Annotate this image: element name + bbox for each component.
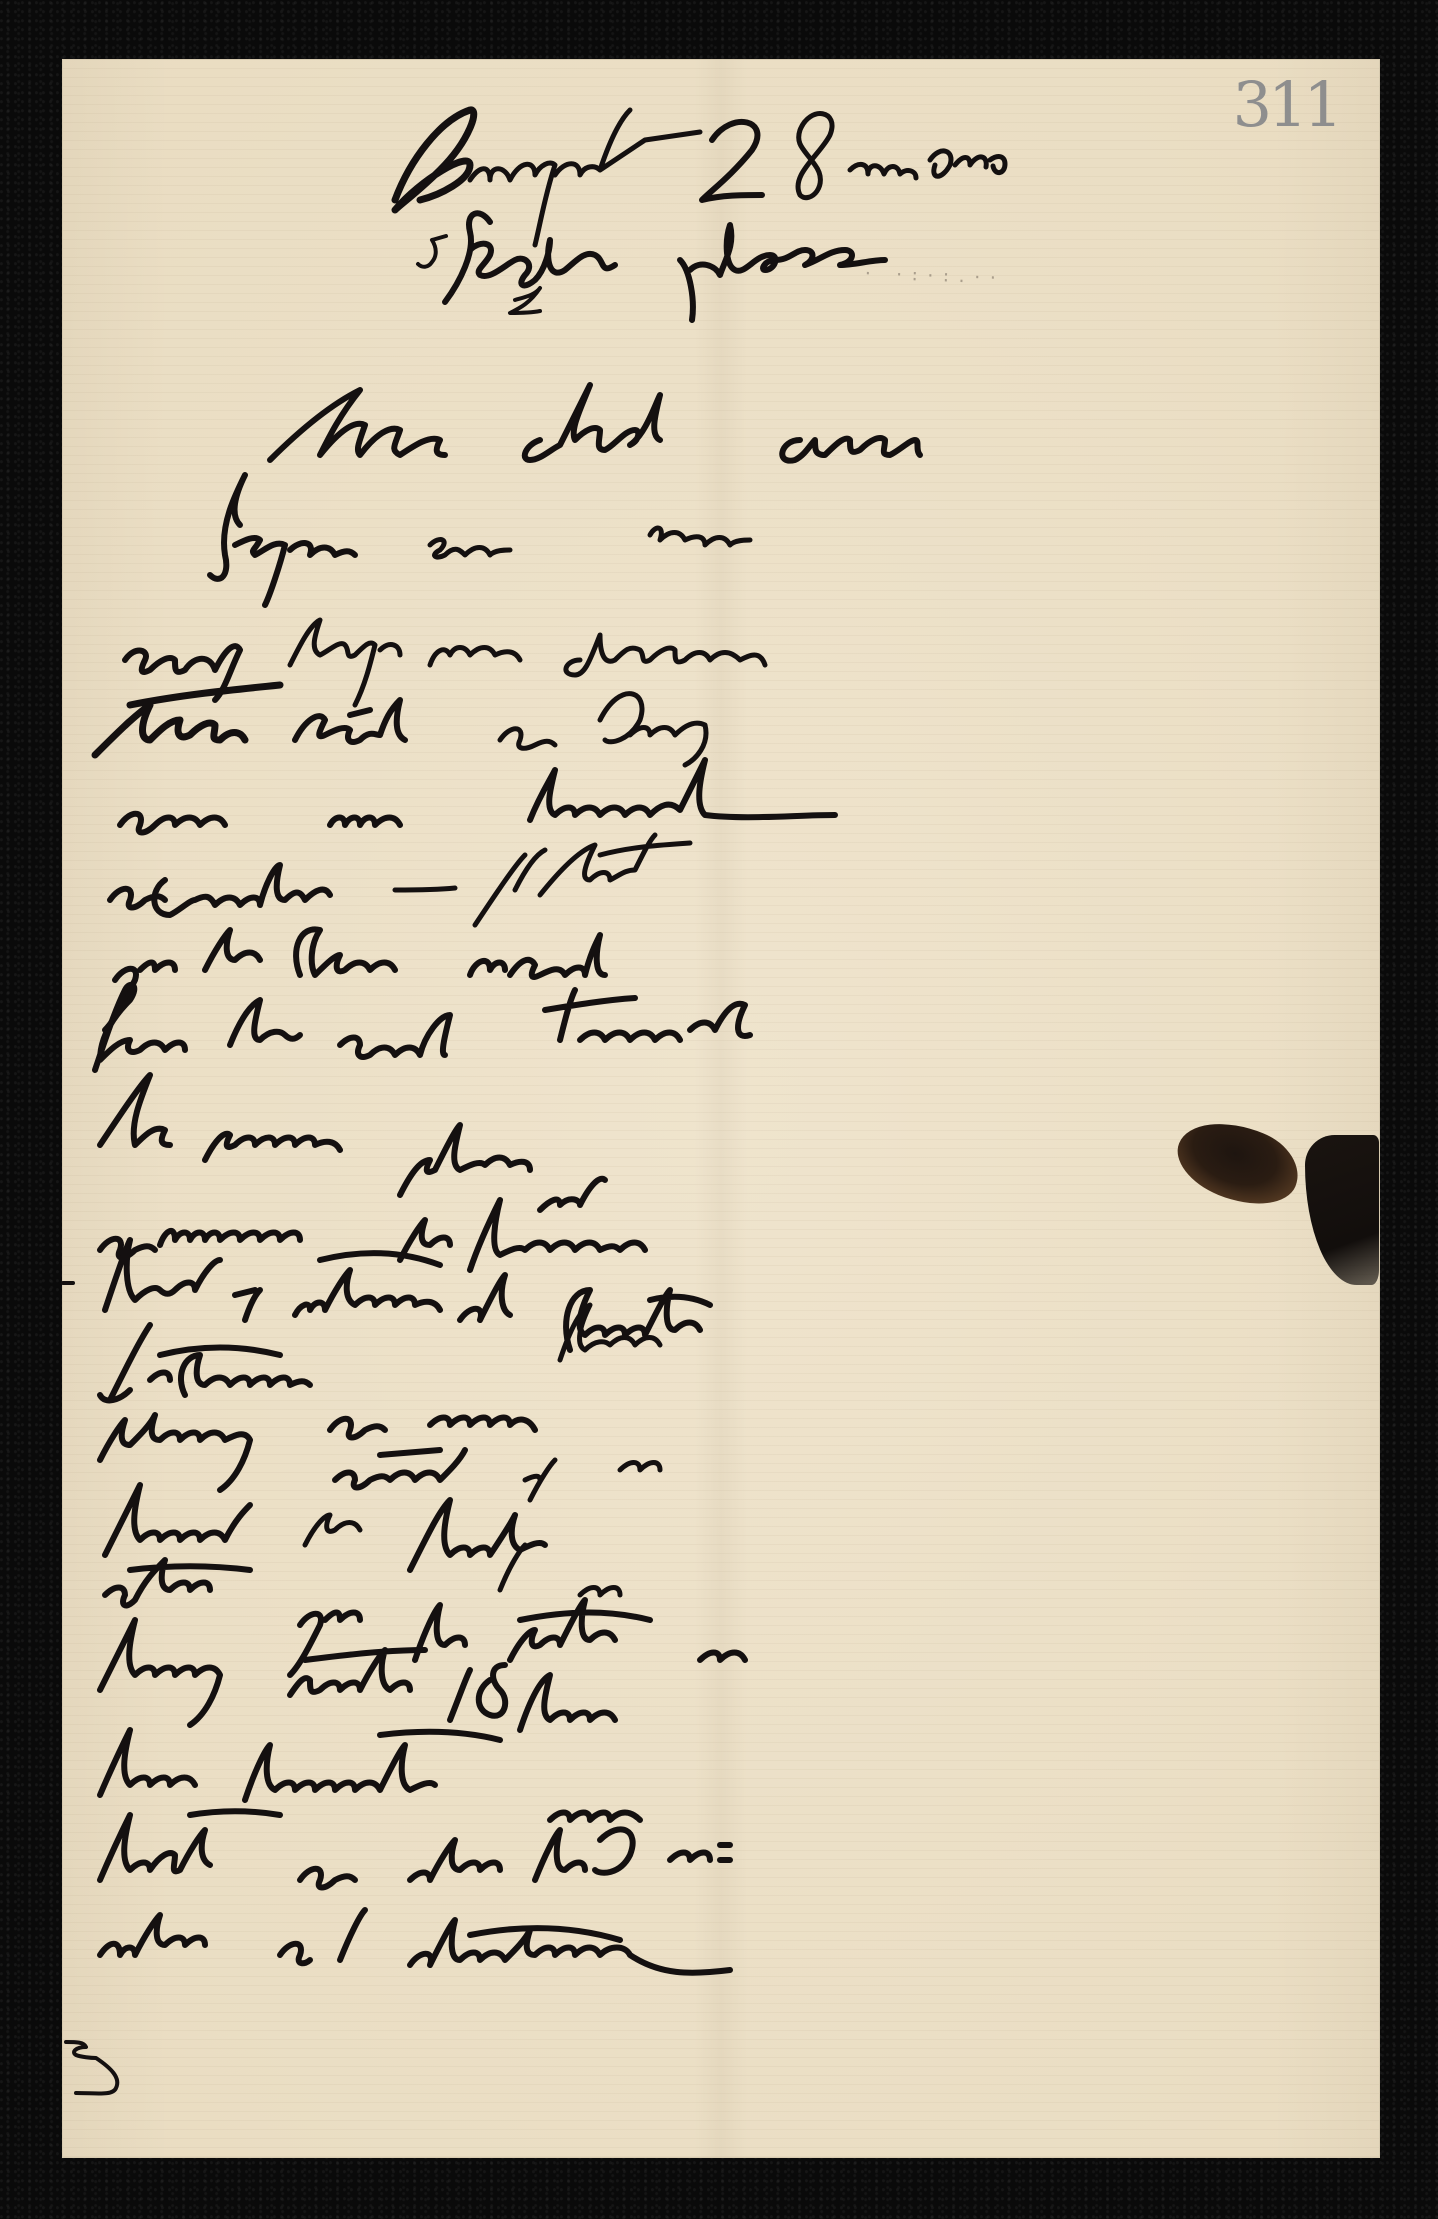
folio-number: 311 (1233, 68, 1339, 141)
body-line: projet de relier la Da= (100, 1820, 742, 1885)
body-line: J'espère que vous (200, 500, 699, 565)
salutation: Mon cher ami (270, 390, 664, 455)
body-line: (...) t isthme de Corinthe (90, 1280, 790, 1345)
body-line: avez reçu ma dernière (120, 610, 758, 675)
body-line: (...) que je (...) un (100, 1580, 593, 1645)
body-line: île mais avant je me (90, 1430, 657, 1495)
faint-stamp: · ·:·:.·· (863, 264, 1004, 288)
body-line: de (...) la barrière (100, 1210, 605, 1275)
body-line: (...) partir J'ai (100, 1510, 485, 1575)
header-address: 5 Gizela place (420, 240, 819, 305)
body-line: que la Grèce a(...) (110, 940, 619, 1005)
body-line: nube à l'Adriatique (100, 1900, 643, 1965)
body-line: Je (...) de remise app (100, 1350, 691, 1415)
body-line: fasse des grands travaux (90, 1030, 798, 1095)
body-line: (...) (...) mon (100, 1740, 453, 1805)
body-line: lettre écrit de Paris (100, 690, 652, 755)
header-place-date: Budapest 28 avril 882 (380, 110, 1006, 175)
body-line: avec ma demande (110, 780, 622, 845)
body-line: (...) pendant 18 mois (100, 1660, 688, 1725)
body-line: de (...) — Il faut (110, 860, 556, 925)
body-line: la (...) dose est (100, 1120, 518, 1185)
